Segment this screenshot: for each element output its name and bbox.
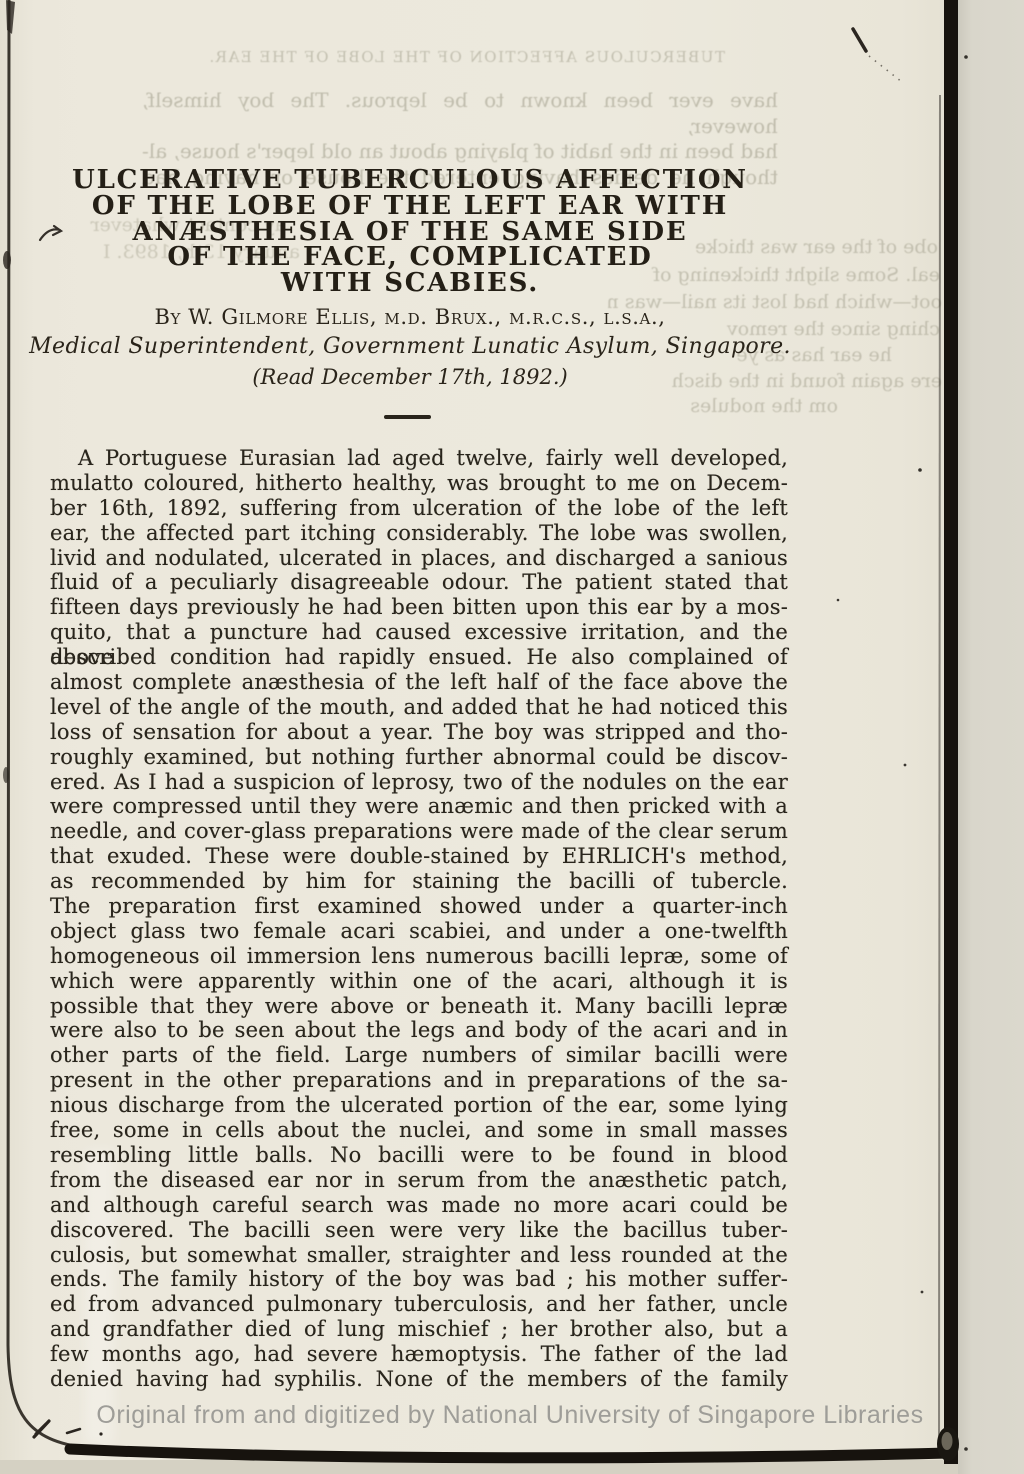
page-edge-bottom-bar xyxy=(70,1449,948,1458)
body-line: resembling little balls. No bacilli were… xyxy=(50,1143,788,1168)
title-line: ULCERATIVE TUBERCULOUS AFFECTION xyxy=(40,168,780,194)
corner-ink-blob-core xyxy=(942,1432,953,1450)
pen-dotted-trail xyxy=(869,56,902,82)
body-line: loss of sensation for about a year. The … xyxy=(50,720,788,745)
body-line: discovered. The bacilli seen were very l… xyxy=(50,1218,788,1243)
bleedthrough-line: have ever been known to be leprous. The … xyxy=(142,88,778,139)
left-edge-blot-1 xyxy=(3,251,11,269)
body-line: few months ago, had severe hæmoptysis. T… xyxy=(50,1342,788,1367)
author-affiliation: Medical Superintendent, Government Lunat… xyxy=(20,334,800,359)
body-line: The preparation first examined showed un… xyxy=(50,894,788,919)
ink-speck xyxy=(921,1291,924,1294)
read-date-note: (Read December 17th, 1892.) xyxy=(40,365,780,389)
left-edge-blot-2 xyxy=(3,767,9,783)
body-line: ear, the affected part itching considera… xyxy=(50,521,788,546)
body-line: and grandfather died of lung mischief ; … xyxy=(50,1317,788,1342)
body-line: were compressed until they were anæmic a… xyxy=(50,794,788,819)
body-line: as recommended by him for staining the b… xyxy=(50,869,788,894)
title-line: WITH SCABIES. xyxy=(40,271,780,297)
body-line: from the diseased ear nor in serum from … xyxy=(50,1168,788,1193)
article-byline: By W. Gilmore Ellis, m.d. Brux., m.r.c.s… xyxy=(40,305,780,329)
top-left-edge-smudge xyxy=(6,0,15,34)
body-line: fifteen days previously he had been bitt… xyxy=(50,595,788,620)
article-body: A Portuguese Eurasian lad aged twelve, f… xyxy=(50,446,788,1392)
bleedthrough-running-header: TUBERCULOUS AFFECTION OF THE LOBE OF THE… xyxy=(235,48,725,66)
ink-speck xyxy=(904,764,907,767)
body-line: and although careful search was made no … xyxy=(50,1193,788,1218)
body-line: culosis, but somewhat smaller, straighte… xyxy=(50,1243,788,1268)
body-line: ends. The family history of the boy was … xyxy=(50,1267,788,1292)
title-line: OF THE LOBE OF THE LEFT EAR WITH xyxy=(40,194,780,220)
body-line: that exuded. These were double-stained b… xyxy=(50,844,788,869)
body-line: quito, that a puncture had caused excess… xyxy=(50,620,788,645)
article-title: ULCERATIVE TUBERCULOUS AFFECTIONOF THE L… xyxy=(40,168,780,297)
pen-mark-top-right xyxy=(853,29,866,51)
body-line: level of the angle of the mouth, and add… xyxy=(50,695,788,720)
bleedthrough-line: had been in the habit of playing about a… xyxy=(142,139,778,165)
body-line: homogeneous oil immersion lens numerous … xyxy=(50,944,788,969)
body-line: roughly examined, but nothing further ab… xyxy=(50,745,788,770)
body-line: nious discharge from the ulcerated porti… xyxy=(50,1093,788,1118)
body-line: A Portuguese Eurasian lad aged twelve, f… xyxy=(50,446,788,471)
ink-speck xyxy=(918,468,922,472)
body-line: described condition had rapidly ensued. … xyxy=(50,645,788,670)
body-line: ered. As I had a suspicion of leprosy, t… xyxy=(50,770,788,795)
body-line: ber 16th, 1892, suffering from ulceratio… xyxy=(50,496,788,521)
body-line: other parts of the field. Large numbers … xyxy=(50,1043,788,1068)
page-edge-right-bar xyxy=(944,0,958,1464)
body-line: object glass two female acari scabiei, a… xyxy=(50,919,788,944)
body-line: present in the other preparations and in… xyxy=(50,1068,788,1093)
body-line: almost complete anæsthesia of the left h… xyxy=(50,670,788,695)
body-line: needle, and cover-glass preparations wer… xyxy=(50,819,788,844)
body-line: which were apparently within one of the … xyxy=(50,969,788,994)
body-line: were also to be seen about the legs and … xyxy=(50,1018,788,1043)
body-line: ed from advanced pulmonary tuberculosis,… xyxy=(50,1292,788,1317)
body-line: possible that they were above or beneath… xyxy=(50,994,788,1019)
bleedthrough-fragment: om the nodules xyxy=(628,395,838,417)
body-line: fluid of a peculiarly disagreeable odour… xyxy=(50,570,788,595)
ink-speck xyxy=(837,599,840,602)
body-line: livid and nodulated, ulcerated in places… xyxy=(50,546,788,571)
body-line: denied having had syphilis. None of the … xyxy=(50,1367,788,1392)
scanner-background-strip xyxy=(958,0,1024,1474)
page-bottom-shadow xyxy=(0,1460,958,1474)
section-divider-rule xyxy=(384,415,431,419)
corner-ink-blob xyxy=(937,1427,959,1461)
scanned-journal-page: TUBERCULOUS AFFECTION OF THE LOBE OF THE… xyxy=(0,0,1024,1474)
digitization-watermark: Original from and digitized by National … xyxy=(0,1401,1020,1430)
body-line: free, some in cells about the nuclei, an… xyxy=(50,1118,788,1143)
body-line: mulatto coloured, hitherto healthy, was … xyxy=(50,471,788,496)
